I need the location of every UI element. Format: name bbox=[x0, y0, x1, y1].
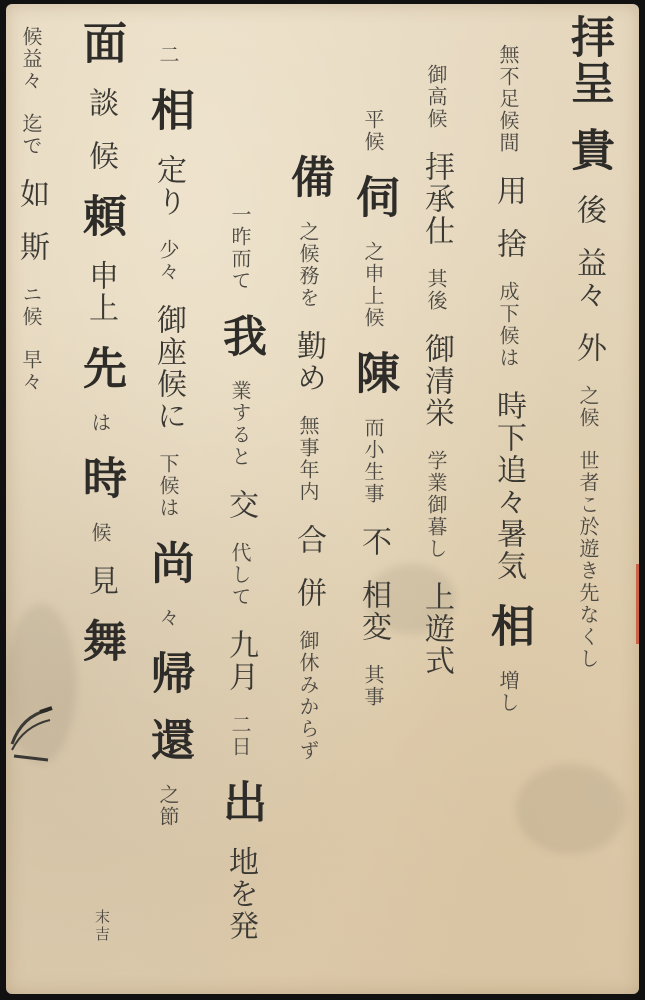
text-segment: 帰 bbox=[143, 650, 194, 696]
text-segment: 出 bbox=[215, 779, 266, 825]
text-segment: 捨 bbox=[491, 228, 526, 260]
text-segment: 用 bbox=[491, 175, 526, 207]
text-segment: 学業御暮し bbox=[424, 450, 448, 560]
text-segment: 時 bbox=[75, 455, 126, 501]
text-segment: 舞 bbox=[75, 618, 126, 664]
text-segment: 相変 bbox=[356, 579, 391, 643]
signature-name: 末吉 bbox=[93, 909, 111, 943]
text-segment: 陳 bbox=[348, 350, 399, 396]
text-column-7: 二 相 定り 少々 御座候に 下候は 尚 々 帰 還 之節 bbox=[146, 44, 190, 828]
text-segment: 時下追々暑気 bbox=[491, 390, 526, 582]
text-segment: 地を発 bbox=[223, 846, 258, 942]
text-segment: 候 bbox=[88, 522, 112, 544]
text-segment: 一昨而て bbox=[228, 204, 252, 292]
text-segment: 併 bbox=[291, 577, 326, 609]
text-segment: 御清栄 bbox=[419, 333, 454, 429]
text-segment: 交 bbox=[223, 489, 258, 521]
text-segment: 無不足候間 bbox=[496, 44, 520, 154]
text-segment: 如 bbox=[14, 178, 49, 210]
text-segment: 見 bbox=[83, 565, 118, 597]
text-column-3: 御高候 拝承仕 其後 御清栄 学業御暮し 上遊式 bbox=[421, 64, 451, 677]
text-segment: 之候 bbox=[576, 385, 600, 429]
text-segment: 上遊式 bbox=[419, 581, 454, 677]
text-column-1: 拝呈 貴 後 益々 外 之候 世者こ於遊き先なくし bbox=[566, 14, 610, 670]
text-segment: 伺 bbox=[348, 174, 399, 220]
text-segment: 拝承仕 bbox=[419, 151, 454, 247]
text-segment: 頼 bbox=[75, 193, 126, 239]
text-column-8: 面 談 候 頼 申上 先 は 時 候 見 舞 bbox=[78, 20, 122, 664]
text-segment: 先 bbox=[75, 345, 126, 391]
text-column-9: 候益々 迄で 如 斯 ニ候 早々 bbox=[16, 26, 46, 393]
text-segment: 備 bbox=[283, 154, 334, 200]
text-segment: 我 bbox=[215, 313, 266, 359]
text-segment: 面 bbox=[75, 20, 126, 66]
text-segment: 世者こ於遊き先なくし bbox=[576, 450, 600, 670]
text-segment: 勤め bbox=[291, 330, 326, 394]
text-column-5: 備 之候務を 勤め 無事年内 合 併 御休みからず bbox=[286, 154, 330, 762]
red-edge-mark bbox=[636, 564, 639, 644]
text-segment: 相 bbox=[483, 603, 534, 649]
text-segment: 候益々 bbox=[19, 26, 43, 92]
text-segment: 下候は bbox=[156, 453, 180, 519]
text-segment: 少々 bbox=[156, 239, 180, 283]
text-segment: 相 bbox=[143, 87, 194, 133]
opening-salutation: 拝呈 bbox=[563, 14, 614, 106]
text-segment: 定り bbox=[151, 154, 186, 218]
text-segment: 之節 bbox=[156, 784, 180, 828]
text-column-4: 平候 伺 之申上候 陳 而小生事 不 相変 其事 bbox=[351, 109, 395, 708]
text-segment: 合 bbox=[291, 524, 326, 556]
text-segment: 貴 bbox=[563, 127, 614, 173]
text-segment: 談 bbox=[83, 87, 118, 119]
text-segment: ニ候 bbox=[19, 284, 43, 328]
text-segment: 御休みからず bbox=[296, 630, 320, 762]
text-segment: 後 bbox=[571, 194, 606, 226]
text-segment: 二 bbox=[156, 44, 180, 66]
text-segment: 無事年内 bbox=[296, 415, 320, 503]
signature: 末吉 bbox=[94, 909, 109, 943]
text-segment: 還 bbox=[143, 717, 194, 763]
text-segment: 其事 bbox=[361, 664, 385, 708]
text-segment: 其後 bbox=[424, 268, 448, 312]
text-segment: 不 bbox=[356, 526, 391, 558]
postmark-fragment-icon bbox=[10, 704, 56, 764]
text-segment: 平候 bbox=[361, 109, 385, 153]
text-column-6: 一昨而て 我 業すると 交 代して 九月 二日 出 地を発 bbox=[218, 204, 262, 942]
text-segment: 増し bbox=[496, 670, 520, 714]
text-segment: 申上 bbox=[83, 260, 118, 324]
text-segment: 之申上候 bbox=[361, 241, 385, 329]
stain bbox=[516, 764, 626, 854]
text-segment: 御高候 bbox=[424, 64, 448, 130]
date-day: 二日 bbox=[228, 714, 252, 758]
text-segment: 之候務を bbox=[296, 221, 320, 309]
text-segment: 益々 bbox=[571, 247, 606, 311]
text-segment: 候 bbox=[83, 140, 118, 172]
text-column-2: 無不足候間 用 捨 成下候は 時下追々暑気 相 増し bbox=[486, 44, 530, 714]
closing-phrase: 早々 bbox=[19, 349, 43, 393]
text-segment: 々 bbox=[156, 607, 180, 629]
text-segment: 成下候は bbox=[496, 281, 520, 369]
postcard: 拝呈 貴 後 益々 外 之候 世者こ於遊き先なくし 無不足候間 用 捨 成下候は… bbox=[6, 4, 639, 994]
text-segment: 御座候に bbox=[151, 304, 186, 432]
text-segment: 業すると bbox=[228, 380, 252, 468]
date-month: 九月 bbox=[223, 629, 258, 693]
text-segment: は bbox=[88, 412, 112, 434]
text-segment: 迄で bbox=[19, 113, 43, 157]
text-segment: 外 bbox=[571, 332, 606, 364]
text-segment: 斯 bbox=[14, 231, 49, 263]
text-segment: 而小生事 bbox=[361, 417, 385, 505]
text-segment: 尚 bbox=[143, 540, 194, 586]
text-segment: 代して bbox=[228, 542, 252, 608]
